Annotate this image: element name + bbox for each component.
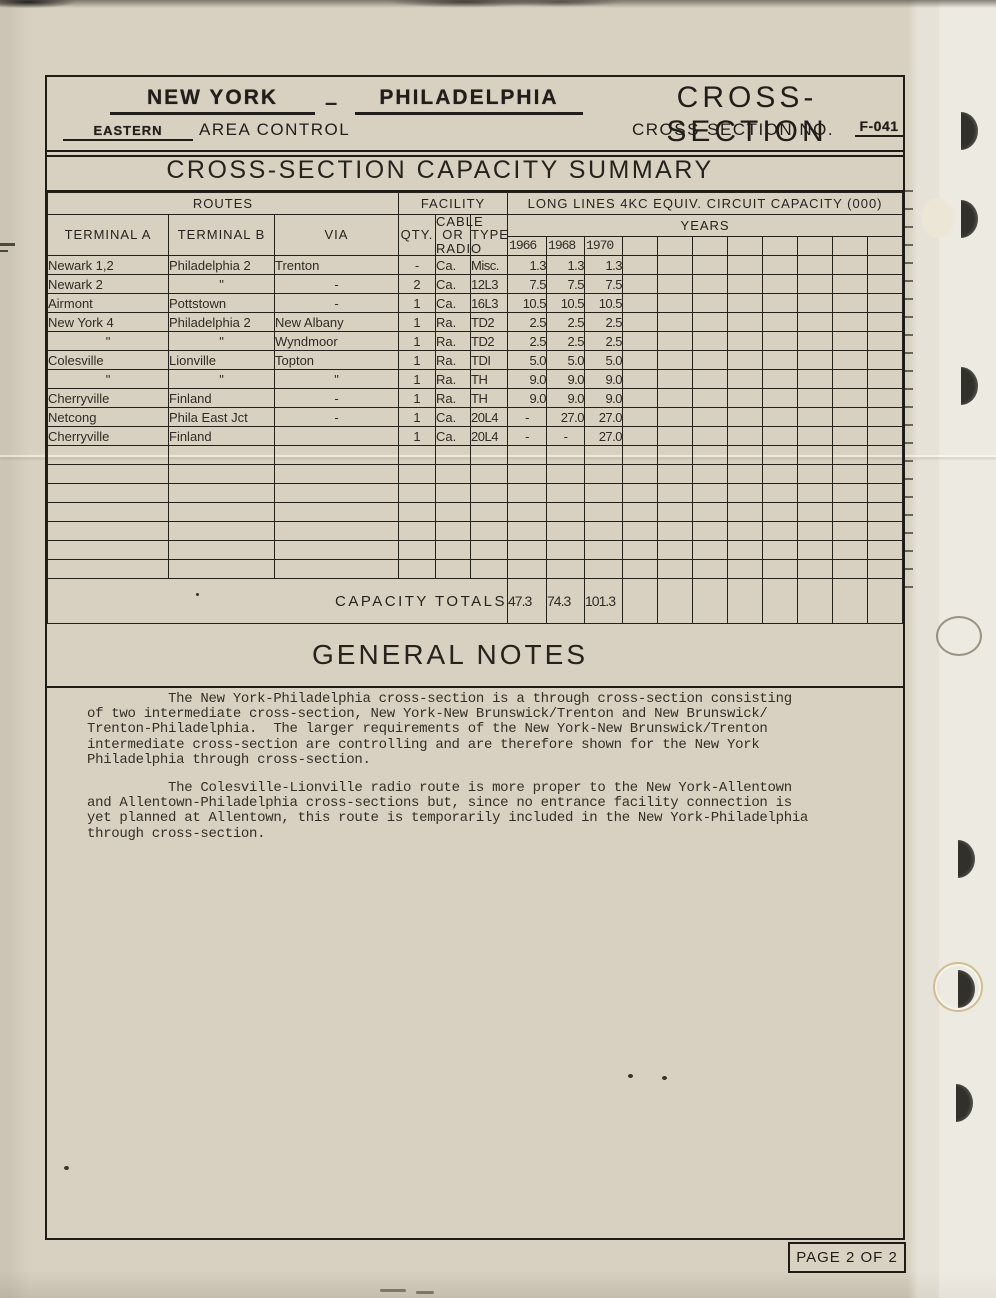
summary-title-band: CROSS-SECTION CAPACITY SUMMARY [47, 150, 903, 192]
qty-header: QTY. [399, 214, 436, 256]
year-column-blank [623, 236, 658, 256]
table-cell [658, 332, 693, 351]
table-cell: - [275, 275, 399, 294]
table-cell [763, 313, 798, 332]
table-cell: 1 [399, 294, 436, 313]
table-cell [763, 541, 798, 560]
table-cell [169, 560, 275, 579]
table-cell: 20L4 [471, 427, 508, 446]
table-cell [508, 484, 547, 503]
table-cell [798, 465, 833, 484]
table-cell [798, 351, 833, 370]
table-cell: 20L4 [471, 408, 508, 427]
via-header: VIA [275, 214, 399, 256]
table-cell [763, 370, 798, 389]
table-cell: TH [471, 370, 508, 389]
table-cell: Ca. [436, 275, 471, 294]
empty-table-row [48, 503, 903, 522]
years-header: YEARS [508, 214, 903, 236]
table-cell [585, 503, 623, 522]
table-cell [693, 408, 728, 427]
table-cell: 10.5 [585, 294, 623, 313]
table-cell: 7.5 [585, 275, 623, 294]
table-cell [693, 522, 728, 541]
table-cell [623, 484, 658, 503]
table-cell: Topton [275, 351, 399, 370]
table-cell [275, 560, 399, 579]
table-cell: 12L3 [471, 275, 508, 294]
table-cell [833, 294, 868, 313]
table-cell [658, 503, 693, 522]
total-1968: 74.3 [547, 579, 585, 624]
table-cell [508, 465, 547, 484]
general-notes-paragraph: The New York-Philadelphia cross-section … [87, 692, 875, 768]
table-cell [658, 313, 693, 332]
scan-edge-mark [0, 243, 15, 246]
table-cell [275, 503, 399, 522]
table-cell [399, 503, 436, 522]
table-cell [833, 484, 868, 503]
table-cell: Lionville [169, 351, 275, 370]
table-cell [868, 332, 903, 351]
table-cell [275, 522, 399, 541]
terminal-b-stamp: PHILADELPHIA [355, 86, 583, 115]
table-cell: " [169, 332, 275, 351]
table-cell [658, 522, 693, 541]
table-cell: Ra. [436, 370, 471, 389]
table-cell [728, 446, 763, 465]
table-cell [471, 503, 508, 522]
table-cell [868, 351, 903, 370]
table-cell [728, 313, 763, 332]
year-column-blank [693, 236, 728, 256]
table-cell [623, 541, 658, 560]
table-cell: 9.0 [547, 370, 585, 389]
table-group-header-row: ROUTES FACILITY LONG LINES 4KC EQUIV. CI… [48, 192, 903, 214]
table-column-header-row: TERMINAL A TERMINAL B VIA QTY. CABLE OR … [48, 214, 903, 236]
cable-label: CABLE [436, 215, 470, 229]
table-cell [693, 256, 728, 275]
table-cell [798, 446, 833, 465]
table-cell: 9.0 [508, 389, 547, 408]
table-cell [48, 446, 169, 465]
table-cell [728, 351, 763, 370]
table-cell: 7.5 [547, 275, 585, 294]
table-cell [585, 522, 623, 541]
table-cell [658, 427, 693, 446]
table-cell [728, 503, 763, 522]
scan-edge-mark [0, 250, 8, 252]
table-cell [728, 294, 763, 313]
scan-smudge [416, 1291, 434, 1294]
table-cell: 2 [399, 275, 436, 294]
table-cell [693, 503, 728, 522]
table-cell [623, 351, 658, 370]
table-cell: 5.0 [585, 351, 623, 370]
table-cell [547, 465, 585, 484]
table-cell [728, 560, 763, 579]
table-cell [868, 275, 903, 294]
table-cell [399, 484, 436, 503]
table-cell [169, 465, 275, 484]
cross-section-form: NEW YORK – PHILADELPHIA CROSS-SECTION EA… [45, 75, 905, 1240]
table-cell [798, 560, 833, 579]
table-cell [623, 408, 658, 427]
table-cell: Ca. [436, 427, 471, 446]
table-cell: TD2 [471, 313, 508, 332]
table-cell [471, 541, 508, 560]
table-cell [798, 256, 833, 275]
binder-hole-mark [956, 1084, 973, 1122]
table-cell [798, 275, 833, 294]
table-cell [868, 256, 903, 275]
table-cell [169, 503, 275, 522]
table-cell [275, 465, 399, 484]
table-cell [436, 484, 471, 503]
table-cell: 1 [399, 427, 436, 446]
table-cell [833, 275, 868, 294]
table-cell [658, 560, 693, 579]
table-cell: Wyndmoor [275, 332, 399, 351]
table-cell [658, 351, 693, 370]
table-cell [471, 446, 508, 465]
year-column-blank [833, 236, 868, 256]
total-1970: 101.3 [585, 579, 623, 624]
table-cell [436, 446, 471, 465]
table-cell [693, 484, 728, 503]
table-cell: 10.5 [508, 294, 547, 313]
radio-label: RADIO [436, 242, 470, 256]
table-cell [693, 389, 728, 408]
table-cell: Philadelphia 2 [169, 313, 275, 332]
general-notes-title: GENERAL NOTES [312, 639, 588, 671]
table-cell: 16L3 [471, 294, 508, 313]
table-cell [868, 389, 903, 408]
table-row: ""Wyndmoor1Ra.TD22.52.52.5 [48, 332, 903, 351]
table-cell: 1 [399, 408, 436, 427]
table-cell [798, 332, 833, 351]
table-cell: 1.3 [547, 256, 585, 275]
table-cell [471, 484, 508, 503]
table-cell [833, 313, 868, 332]
table-cell: 9.0 [508, 370, 547, 389]
table-cell [547, 484, 585, 503]
table-cell: Philadelphia 2 [169, 256, 275, 275]
table-cell [436, 560, 471, 579]
routes-group-header: ROUTES [48, 192, 399, 214]
table-cell [798, 313, 833, 332]
table-cell [728, 427, 763, 446]
table-cell: TDI [471, 351, 508, 370]
table-cell [275, 427, 399, 446]
table-cell [275, 484, 399, 503]
general-notes-body: The New York-Philadelphia cross-section … [47, 688, 903, 842]
table-cell [48, 465, 169, 484]
table-cell: 2.5 [547, 332, 585, 351]
total-blank [833, 579, 868, 624]
table-cell [833, 351, 868, 370]
header-dash: – [325, 90, 337, 116]
empty-table-row [48, 484, 903, 503]
total-blank [658, 579, 693, 624]
table-cell [48, 484, 169, 503]
table-cell [728, 389, 763, 408]
table-cell [693, 541, 728, 560]
table-cell: 9.0 [585, 389, 623, 408]
table-cell: Misc. [471, 256, 508, 275]
year-column-blank [763, 236, 798, 256]
table-cell: 27.0 [585, 408, 623, 427]
table-row: Newark 2"-2Ca.12L37.57.57.5 [48, 275, 903, 294]
table-cell [623, 522, 658, 541]
table-cell [833, 541, 868, 560]
table-cell [436, 503, 471, 522]
table-cell [763, 484, 798, 503]
general-notes-title-band: GENERAL NOTES [47, 624, 903, 688]
table-cell: - [508, 427, 547, 446]
table-cell: Newark 1,2 [48, 256, 169, 275]
table-cell [833, 522, 868, 541]
table-cell: Colesville [48, 351, 169, 370]
table-cell [763, 332, 798, 351]
table-cell [833, 389, 868, 408]
table-cell: Finland [169, 389, 275, 408]
capacity-table: ROUTES FACILITY LONG LINES 4KC EQUIV. CI… [47, 192, 903, 625]
table-cell [763, 294, 798, 313]
table-cell [763, 560, 798, 579]
table-cell [275, 446, 399, 465]
table-cell [763, 522, 798, 541]
table-cell [728, 465, 763, 484]
table-cell [169, 484, 275, 503]
table-cell [658, 275, 693, 294]
table-cell [658, 484, 693, 503]
binder-hole-mark [961, 200, 978, 238]
binder-hole-mark [961, 112, 978, 150]
table-row: Newark 1,2Philadelphia 2Trenton-Ca.Misc.… [48, 256, 903, 275]
table-cell [399, 541, 436, 560]
table-cell: New York 4 [48, 313, 169, 332]
table-cell [623, 465, 658, 484]
table-cell: " [169, 275, 275, 294]
punched-hole-ring [936, 616, 982, 656]
table-cell [728, 484, 763, 503]
table-cell: Ra. [436, 389, 471, 408]
table-cell: Ca. [436, 256, 471, 275]
table-row: New York 4Philadelphia 2New Albany1Ra.TD… [48, 313, 903, 332]
table-cell: 7.5 [508, 275, 547, 294]
table-cell [585, 484, 623, 503]
table-cell [547, 541, 585, 560]
table-cell [48, 560, 169, 579]
table-cell: TH [471, 389, 508, 408]
table-row: """1Ra.TH9.09.09.0 [48, 370, 903, 389]
table-cell: Ra. [436, 351, 471, 370]
punched-hole-ring [933, 962, 983, 1012]
facility-group-header: FACILITY [399, 192, 508, 214]
table-cell [693, 465, 728, 484]
table-cell [169, 522, 275, 541]
table-cell [728, 522, 763, 541]
table-cell: - [275, 294, 399, 313]
empty-table-row [48, 522, 903, 541]
table-cell [658, 370, 693, 389]
table-cell [48, 541, 169, 560]
table-cell [547, 446, 585, 465]
table-cell [868, 484, 903, 503]
table-cell: 27.0 [547, 408, 585, 427]
table-cell [623, 294, 658, 313]
form-header: NEW YORK – PHILADELPHIA CROSS-SECTION EA… [47, 77, 903, 150]
table-cell [728, 332, 763, 351]
table-cell [728, 275, 763, 294]
table-cell: Trenton [275, 256, 399, 275]
year-column-blank [728, 236, 763, 256]
table-cell [833, 332, 868, 351]
table-cell: " [48, 332, 169, 351]
total-blank [693, 579, 728, 624]
table-cell [658, 446, 693, 465]
table-cell: 9.0 [585, 370, 623, 389]
table-cell [48, 503, 169, 522]
table-cell [508, 522, 547, 541]
table-row: ColesvilleLionvilleTopton1Ra.TDI5.05.05.… [48, 351, 903, 370]
table-cell [436, 465, 471, 484]
table-cell [693, 351, 728, 370]
table-cell [868, 427, 903, 446]
table-cell [623, 427, 658, 446]
table-cell: - [508, 408, 547, 427]
table-cell [508, 503, 547, 522]
terminal-a-stamp: NEW YORK [110, 86, 315, 115]
table-cell [623, 503, 658, 522]
table-cell: Cherryville [48, 389, 169, 408]
table-cell [658, 408, 693, 427]
table-cell [868, 446, 903, 465]
table-cell [763, 389, 798, 408]
table-cell [798, 541, 833, 560]
table-cell [868, 408, 903, 427]
table-cell: 2.5 [585, 332, 623, 351]
year-column: 1968 [547, 236, 585, 256]
terminal-b-header: TERMINAL B [169, 214, 275, 256]
area-stamp-text: EASTERN [93, 123, 162, 138]
total-blank [728, 579, 763, 624]
page-indicator-box: PAGE 2 OF 2 [788, 1242, 906, 1273]
table-cell [623, 560, 658, 579]
table-cell [693, 313, 728, 332]
table-cell [868, 370, 903, 389]
punched-hole-mark [921, 198, 954, 238]
table-cell: Netcong [48, 408, 169, 427]
table-cell [868, 313, 903, 332]
table-cell [763, 275, 798, 294]
table-cell [471, 522, 508, 541]
table-cell [399, 522, 436, 541]
table-cell: 1 [399, 351, 436, 370]
table-cell [623, 446, 658, 465]
table-cell [693, 370, 728, 389]
table-cell [833, 408, 868, 427]
table-cell: - [275, 389, 399, 408]
total-blank [623, 579, 658, 624]
table-cell [833, 465, 868, 484]
table-row: CherryvilleFinland1Ca.20L4--27.0 [48, 427, 903, 446]
table-cell: Cherryville [48, 427, 169, 446]
table-cell: 27.0 [585, 427, 623, 446]
table-cell [868, 522, 903, 541]
table-cell [763, 408, 798, 427]
table-cell [508, 560, 547, 579]
summary-title: CROSS-SECTION CAPACITY SUMMARY [166, 156, 713, 185]
table-cell [798, 522, 833, 541]
table-cell [763, 351, 798, 370]
cross-section-no-text: F-041 [859, 118, 898, 134]
table-cell [763, 256, 798, 275]
table-cell: 1 [399, 370, 436, 389]
table-cell [585, 541, 623, 560]
table-cell: " [48, 370, 169, 389]
table-cell [868, 503, 903, 522]
table-cell [693, 294, 728, 313]
table-cell [48, 522, 169, 541]
year-column-blank [658, 236, 693, 256]
table-cell [833, 446, 868, 465]
total-blank [868, 579, 903, 624]
table-cell [798, 503, 833, 522]
table-cell: Finland [169, 427, 275, 446]
table-cell [693, 427, 728, 446]
table-cell [658, 256, 693, 275]
binder-hole-mark [958, 840, 975, 878]
table-cell [436, 541, 471, 560]
table-cell [623, 332, 658, 351]
table-cell: 1.3 [585, 256, 623, 275]
table-cell [399, 465, 436, 484]
table-cell [436, 522, 471, 541]
table-cell [798, 370, 833, 389]
table-row: AirmontPottstown-1Ca.16L310.510.510.5 [48, 294, 903, 313]
table-cell [868, 560, 903, 579]
table-cell [728, 408, 763, 427]
table-cell [763, 465, 798, 484]
table-cell: 1 [399, 313, 436, 332]
table-cell [585, 560, 623, 579]
terminal-b-stamp-text: PHILADELPHIA [379, 86, 558, 109]
table-cell [547, 503, 585, 522]
table-cell: Pottstown [169, 294, 275, 313]
year-column-blank [798, 236, 833, 256]
area-stamp: EASTERN [63, 123, 193, 141]
scan-top-edge-shadow [0, 0, 996, 8]
table-cell: 5.0 [508, 351, 547, 370]
empty-table-row [48, 560, 903, 579]
table-cell [623, 313, 658, 332]
table-cell [693, 275, 728, 294]
year-column-blank [868, 236, 903, 256]
total-1966: 47.3 [508, 579, 547, 624]
or-label: OR [436, 228, 470, 242]
table-cell [508, 446, 547, 465]
table-cell [763, 446, 798, 465]
total-blank [798, 579, 833, 624]
table-cell [508, 541, 547, 560]
table-cell [868, 294, 903, 313]
table-cell: 1.3 [508, 256, 547, 275]
table-cell [763, 427, 798, 446]
table-cell: 10.5 [547, 294, 585, 313]
table-cell: Ca. [436, 408, 471, 427]
